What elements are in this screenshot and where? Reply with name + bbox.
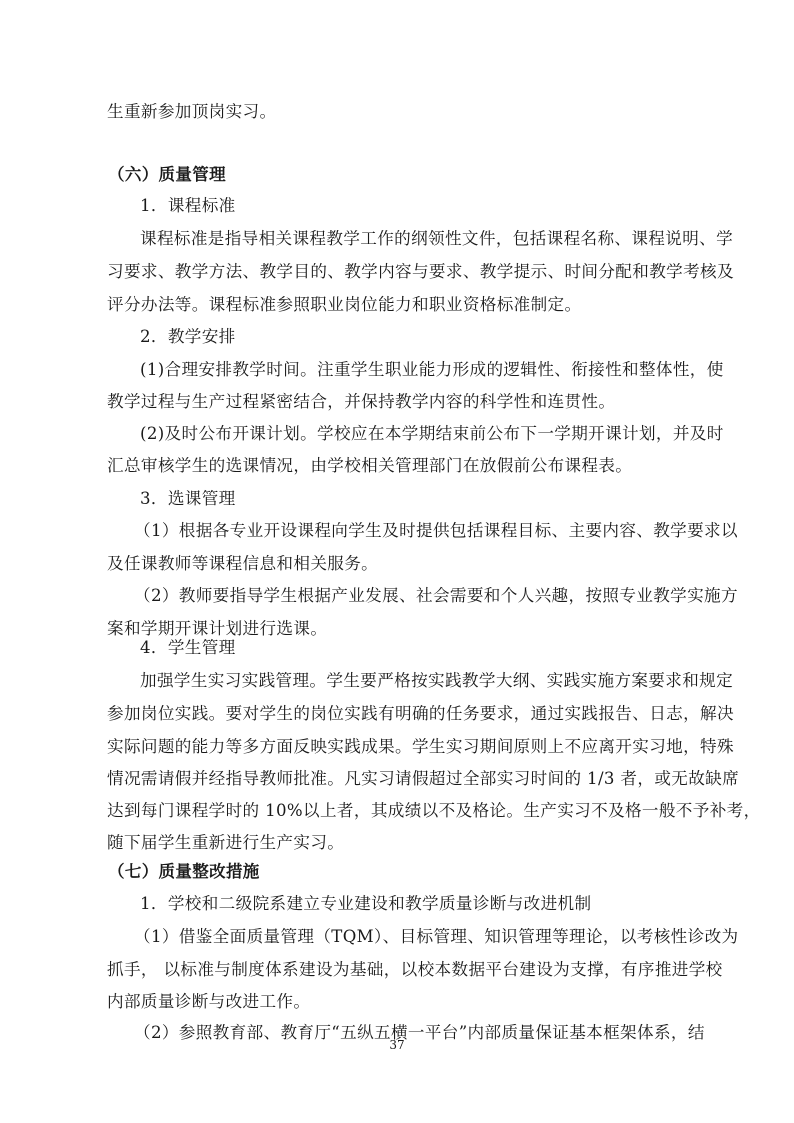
paragraph-line: 评分办法等。课程标准参照职业岗位能力和职业资格标准制定。 xyxy=(107,295,695,315)
paragraph-line: （1）根据各专业开设课程向学生及时提供包括课程目标、主要内容、教学要求以 xyxy=(134,521,695,541)
section-heading-quality-management: （六）质量管理 xyxy=(108,165,696,185)
paragraph-line: 汇总审核学生的选课情况，由学校相关管理部门在放假前公布课程表。 xyxy=(107,456,695,476)
paragraph-line: 案和学期开课计划进行选课。 xyxy=(107,619,695,639)
section-heading-quality-improvement: （七）质量整改措施 xyxy=(108,862,696,882)
paragraph-line: 情况需请假并经指导教师批准。凡实习请假超过全部实习时间的 1/3 者，或无故缺席 xyxy=(107,769,695,789)
paragraph-line: 教学过程与生产过程紧密结合，并保持教学内容的科学性和连贯性。 xyxy=(107,392,695,412)
paragraph-line: 内部质量诊断与改进工作。 xyxy=(107,992,695,1012)
page-number: 37 xyxy=(0,1038,794,1052)
paragraph-line: 随下届学生重新进行生产实习。 xyxy=(107,833,695,853)
paragraph-line: 习要求、教学方法、教学目的、教学内容与要求、教学提示、时间分配和教学考核及 xyxy=(107,262,695,282)
paragraph-line: (1)合理安排教学时间。注重学生职业能力形成的逻辑性、衔接性和整体性，使 xyxy=(140,360,695,380)
paragraph-line: 达到每门课程学时的 10%以上者，其成绩以不及格论。生产实习不及格一般不予补考， xyxy=(107,801,695,821)
paragraph-line: 加强学生实习实践管理。学生要严格按实践教学大纲、实践实施方案要求和规定 xyxy=(140,671,695,691)
paragraph-line: (2)及时公布开课计划。学校应在本学期结束前公布下一学期开课计划，并及时 xyxy=(140,424,695,444)
paragraph-line: 参加岗位实践。要对学生的岗位实践有明确的任务要求，通过实践报告、日志，解决 xyxy=(107,704,695,724)
paragraph-line: 及任课教师等课程信息和相关服务。 xyxy=(107,554,695,574)
document-page: 生重新参加顶岗实习。 （六）质量管理 1．课程标准 课程标准是指导相关课程教学工… xyxy=(0,0,794,1123)
subsection-heading-teaching-arrangement: 2．教学安排 xyxy=(140,327,695,347)
subsection-heading-student-management: 4．学生管理 xyxy=(140,638,695,658)
subsection-heading-diagnosis-mechanism: 1．学校和二级院系建立专业建设和教学质量诊断与改进机制 xyxy=(140,894,695,914)
paragraph-continuation: 生重新参加顶岗实习。 xyxy=(107,102,695,122)
subsection-heading-course-standard: 1．课程标准 xyxy=(140,196,695,216)
paragraph-line: 抓手， 以标准与制度体系建设为基础，以校本数据平台建设为支撑，有序推进学校 xyxy=(107,960,695,980)
paragraph-line: 实际问题的能力等多方面反映实践成果。学生实习期间原则上不应离开实习地，特殊 xyxy=(107,737,695,757)
paragraph-line: （1）借鉴全面质量管理（TQM）、目标管理、知识管理等理论，以考核性诊改为 xyxy=(134,927,695,947)
subsection-heading-course-selection: 3．选课管理 xyxy=(140,489,695,509)
paragraph-line: （2）教师要指导学生根据产业发展、社会需要和个人兴趣，按照专业教学实施方 xyxy=(134,586,695,606)
paragraph-line: 课程标准是指导相关课程教学工作的纲领性文件，包括课程名称、课程说明、学 xyxy=(140,229,695,249)
